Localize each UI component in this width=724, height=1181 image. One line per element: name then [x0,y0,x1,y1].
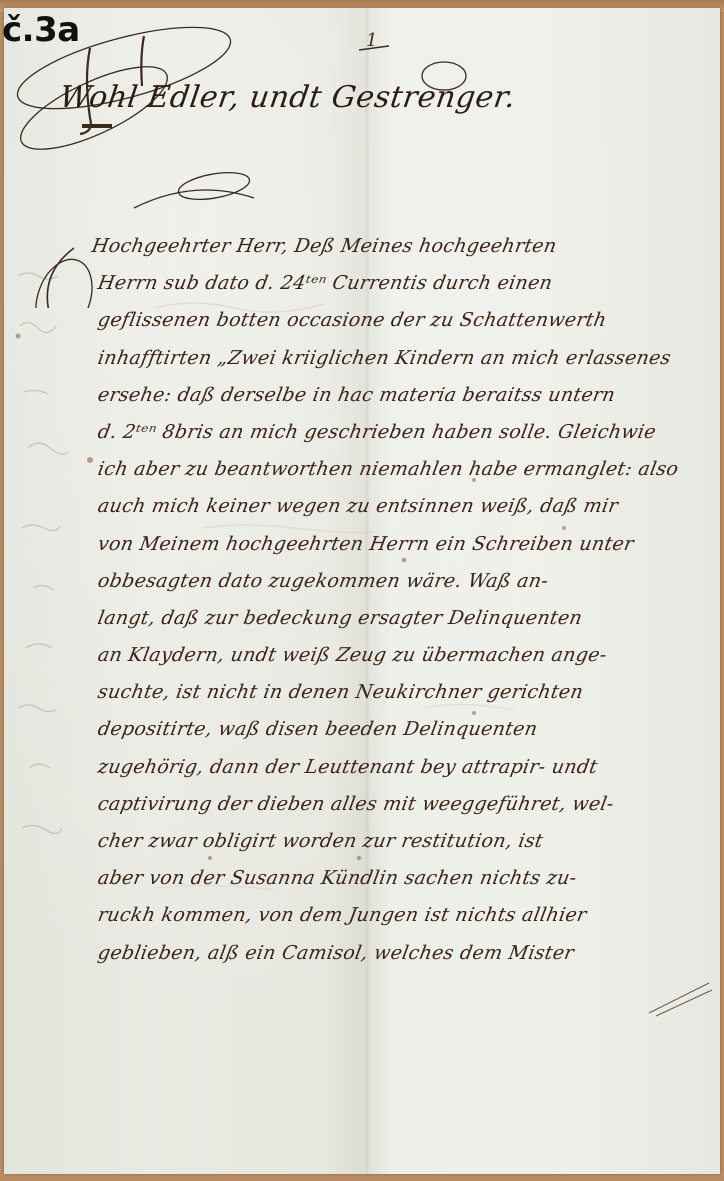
text-line: captivirung der dieben alles mit weeggef… [89,786,716,823]
text-line: aber von der Susanna Kündlin sachen nich… [89,860,716,897]
corner-pen-strokes [644,978,714,1018]
text-line: suchte, ist nicht in denen Neukirchner g… [89,674,716,711]
text-line: geblieben, alß ein Camisol, welches dem … [89,935,716,972]
text-line: cher zwar obligirt worden zur restitutio… [89,823,716,860]
text-line: geflissenen botten occasione der zu Scha… [89,302,716,339]
text-line: Hochgeehrter Herr, Deß Meines hochgeehrt… [89,228,716,265]
text-line: auch mich keiner wegen zu entsinnen weiß… [89,488,716,525]
text-line: ruckh kommen, von dem Jungen ist nichts … [89,897,716,934]
text-line: ich aber zu beantworthen niemahlen habe … [89,451,716,488]
text-line: Herrn sub dato d. 24ᵗᵉⁿ Currentis durch … [89,265,716,302]
text-line: an Klaydern, undt weiß Zeug zu übermache… [89,637,716,674]
text-line: obbesagten dato zugekommen wäre. Waß an- [89,563,716,600]
text-line: ersehe: daß derselbe in hac materia bera… [89,377,716,414]
document-label: č.3a [2,10,80,50]
text-line: zugehörig, dann der Leuttenant bey attra… [89,749,716,786]
text-line: inhafftirten „Zwei kriiglichen Kindern a… [89,340,716,377]
text-line: depositirte, waß disen beeden Delinquent… [89,711,716,748]
text-line: langt, daß zur bedeckung ersagter Delinq… [89,600,716,637]
text-line: d. 2ᵗᵉⁿ 8bris an mich geschrieben haben … [89,414,716,451]
page-number-mark: 1 [366,30,377,51]
text-line: von Meinem hochgeehrten Herrn ein Schrei… [89,526,716,563]
letter-body: Hochgeehrter Herr, Deß Meines hochgeehrt… [92,228,712,972]
salutation-heading: Wohl Edler, undt Gestrenger. [58,80,518,115]
